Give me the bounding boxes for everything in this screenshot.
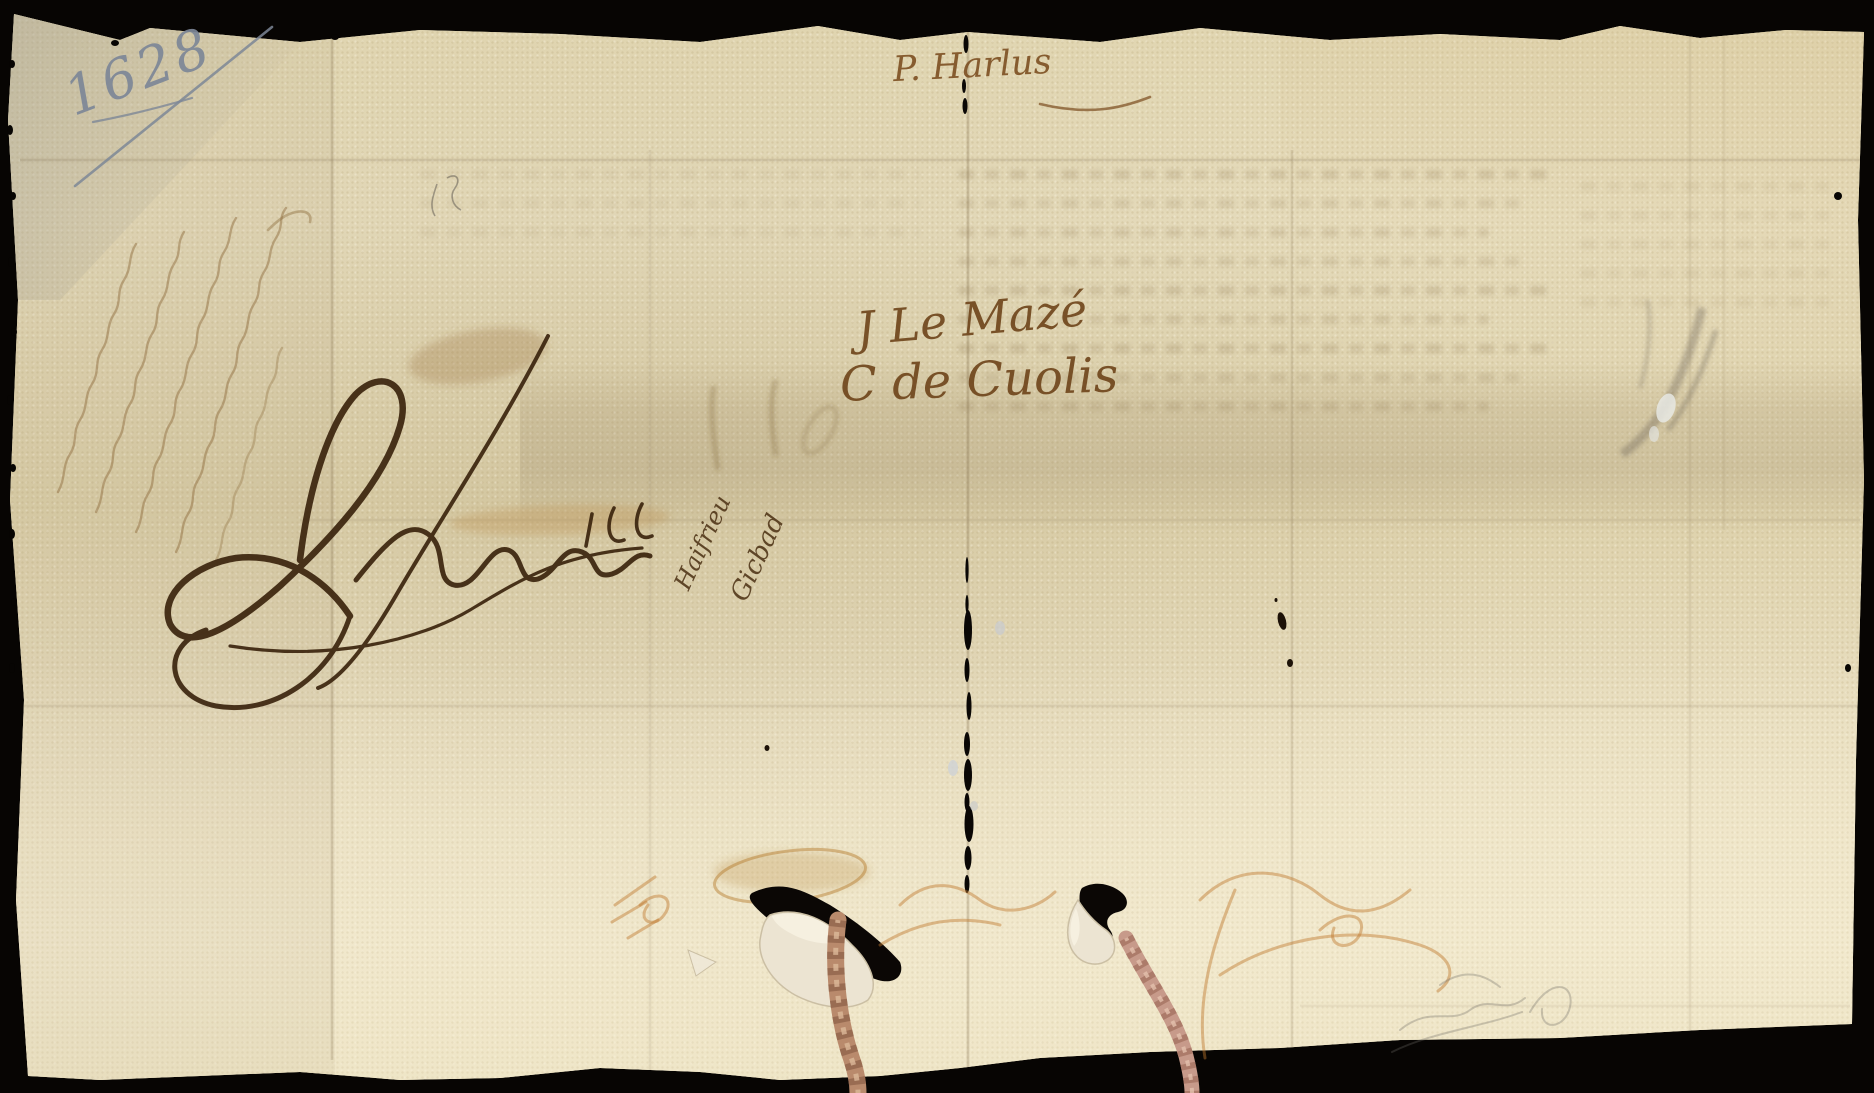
- bleed-through-text-left: [420, 170, 920, 257]
- fold-line-vertical-2: [648, 150, 652, 1070]
- photograph-of-parchment: 1628 P. Harlus J Le Mazé C de Cuolis Hai…: [0, 0, 1874, 1093]
- fold-line-horizontal-2: [300, 518, 1860, 522]
- bleed-through-text: [958, 170, 1548, 431]
- fold-line-horizontal-1: [20, 158, 1860, 162]
- left-column-shading: [0, 0, 335, 1093]
- fold-line-vertical-1: [330, 36, 334, 1060]
- light-bottom-area: [0, 660, 1874, 1093]
- fold-line-vertical-4: [1688, 30, 1692, 1030]
- fold-line-horizontal-4: [1300, 1004, 1850, 1008]
- bleed-through-text-right: [1580, 182, 1830, 327]
- fold-line-horizontal-3: [20, 704, 1860, 708]
- parchment-sheet: [0, 0, 1874, 1093]
